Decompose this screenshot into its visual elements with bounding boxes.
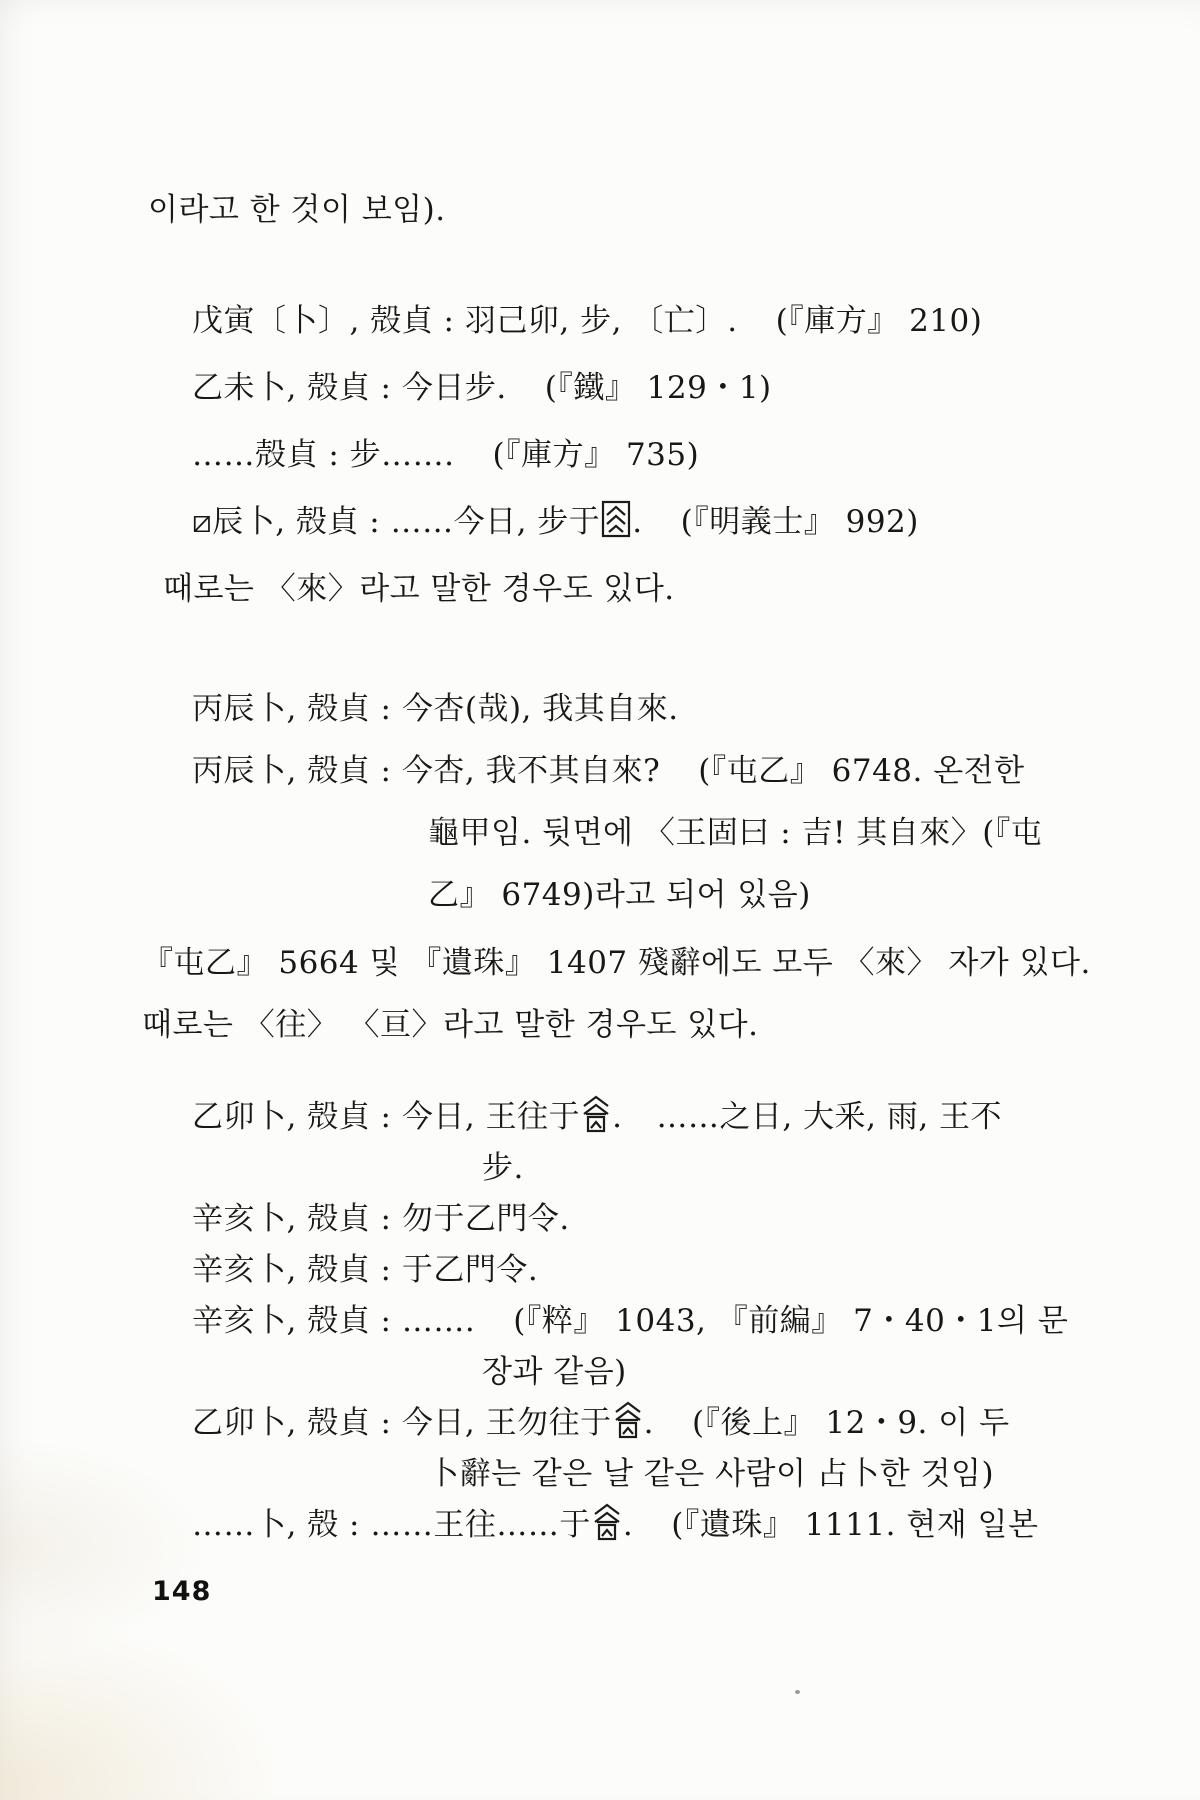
citation: (『鐵』 129・1) xyxy=(545,370,772,406)
text-run: . xyxy=(644,1405,654,1441)
text-line: 戊寅〔卜〕, 殻貞 : 羽己卯, 步, 〔亡〕𡴘.(『庫方』 210) xyxy=(192,288,1090,355)
text-run: . xyxy=(612,1099,622,1135)
citation: (『庫方』 210) xyxy=(776,303,983,339)
paragraph-come: 때로는 〈來〉라고 말한 경우도 있다. xyxy=(163,566,1090,612)
text-run: 乙』 6749)라고 되어 있음) xyxy=(428,877,811,913)
text-run: 辛亥卜, 殻貞 : ……. xyxy=(192,1303,475,1339)
text-run: ……殻貞 : 步……. xyxy=(192,437,455,473)
text-run: 乙卯卜, 殻貞 : 今日, 王往于 xyxy=(192,1099,580,1135)
text-run: 때로는 〈來〉라고 말한 경우도 있다. xyxy=(163,571,675,607)
text-run: 卜辭는 같은 날 같은 사람이 占卜한 것임) xyxy=(428,1456,994,1492)
page-body: 이라고 한 것이 보임).戊寅〔卜〕, 殻貞 : 羽己卯, 步, 〔亡〕𡴘.(『… xyxy=(140,188,1090,1551)
citation: (『後上』 12・9. 이 두 xyxy=(692,1405,1010,1441)
text-run: . xyxy=(632,504,642,540)
text-line: 乙未卜, 殻貞 : 今日步.(『鐵』 129・1) xyxy=(192,355,1090,422)
text-run: ……卜, 殻 : ……王往……于 xyxy=(192,1507,591,1543)
text-line: 乙』 6749)라고 되어 있음) xyxy=(428,864,1090,926)
text-line: 乙卯卜, 殻貞 : 今日, 王勿往于.(『後上』 12・9. 이 두 xyxy=(192,1398,1090,1449)
text-line: 丙辰卜, 殻貞 : 今杏, 我不其自來?(『屯乙』 6748. 온전한 xyxy=(192,740,1090,802)
text-line: 乙卯卜, 殻貞 : 今日, 王往于.……之日, 大釆, 雨, 王不 xyxy=(192,1092,1090,1143)
text-run: 戊寅〔卜〕, 殻貞 : 羽己卯, 步, 〔亡〕𡴘. xyxy=(192,303,738,339)
text-line: 때로는 〈來〉라고 말한 경우도 있다. xyxy=(163,566,1090,612)
text-line: 龜甲임. 뒷면에 〈王固曰 : 吉! 其自來〉(『屯 xyxy=(428,802,1090,864)
text-line: 때로는 〈往〉 〈亘〉라고 말한 경우도 있다. xyxy=(142,994,1090,1056)
text-run: 龜甲임. 뒷면에 〈王固曰 : 吉! 其自來〉(『屯 xyxy=(428,815,1042,851)
oracle-quotes-come: 丙辰卜, 殻貞 : 今杏(哉), 我其自來.丙辰卜, 殻貞 : 今杏, 我不其自… xyxy=(192,678,1090,926)
citation: (『粹』 1043, 『前編』 7・40・1의 문 xyxy=(513,1303,1068,1339)
text-line: 장과 같음) xyxy=(482,1347,1090,1398)
text-run: 이라고 한 것이 보임). xyxy=(148,192,446,228)
text-run: 丙辰卜, 殻貞 : 今杏, 我不其自來? xyxy=(192,753,660,789)
text-run: 步. xyxy=(482,1150,524,1186)
text-run: 辛亥卜, 殻貞 : 于乙門令. xyxy=(192,1252,538,1288)
text-line: 『屯乙』 5664 및 『遺珠』 1407 殘辭에도 모두 〈來〉 자가 있다. xyxy=(142,932,1090,994)
oracle-glyph-stacked-chevrons xyxy=(580,1095,612,1133)
oracle-glyph-boxed-chevrons xyxy=(600,500,632,538)
text-run: 乙卯卜, 殻貞 : 今日, 王勿往于 xyxy=(192,1405,612,1441)
text-run: 때로는 〈往〉 〈亘〉라고 말한 경우도 있다. xyxy=(142,1007,758,1043)
text-line: ……殻貞 : 步…….(『庫方』 735) xyxy=(192,422,1090,489)
paragraph-go: 『屯乙』 5664 및 『遺珠』 1407 殘辭에도 모두 〈來〉 자가 있다.… xyxy=(142,932,1090,1056)
oracle-glyph-stacked-chevrons xyxy=(612,1401,644,1439)
text-run: 辛亥卜, 殻貞 : 勿于乙門令. xyxy=(192,1201,570,1237)
text-line: 卜辭는 같은 날 같은 사람이 占卜한 것임) xyxy=(428,1449,1090,1500)
citation: (『遺珠』 1111. 현재 일본 xyxy=(671,1507,1038,1543)
text-line: 이라고 한 것이 보임). xyxy=(148,188,1090,232)
text-run: 『屯乙』 5664 및 『遺珠』 1407 殘辭에도 모두 〈來〉 자가 있다. xyxy=(142,945,1091,981)
book-page: 이라고 한 것이 보임).戊寅〔卜〕, 殻貞 : 羽己卯, 步, 〔亡〕𡴘.(『… xyxy=(0,0,1200,1800)
text-run: 丙辰卜, 殻貞 : 今杏(哉), 我其自來. xyxy=(192,691,679,727)
oracle-quotes-step: 戊寅〔卜〕, 殻貞 : 羽己卯, 步, 〔亡〕𡴘.(『庫方』 210)乙未卜, … xyxy=(192,288,1090,556)
text-line: 丙辰卜, 殻貞 : 今杏(哉), 我其自來. xyxy=(192,678,1090,740)
text-line: ……卜, 殻 : ……王往……于.(『遺珠』 1111. 현재 일본 xyxy=(192,1500,1090,1551)
intro-paragraph: 이라고 한 것이 보임). xyxy=(148,188,1090,232)
text-line: 步. xyxy=(482,1143,1090,1194)
text-line: 辛亥卜, 殻貞 : 勿于乙門令. xyxy=(192,1194,1090,1245)
text-line: 辛亥卜, 殻貞 : …….(『粹』 1043, 『前編』 7・40・1의 문 xyxy=(192,1296,1090,1347)
text-run: 장과 같음) xyxy=(482,1354,627,1390)
scan-artifact-dot xyxy=(795,1690,800,1694)
text-line: ⧄辰卜, 殻貞 : ……今日, 步于.(『明義士』 992) xyxy=(192,489,1090,556)
citation: (『庫方』 735) xyxy=(493,437,700,473)
oracle-glyph-stacked-chevrons xyxy=(591,1503,623,1541)
citation: (『屯乙』 6748. 온전한 xyxy=(698,753,1024,789)
text-run: 乙未卜, 殻貞 : 今日步. xyxy=(192,370,507,406)
text-run: ⧄辰卜, 殻貞 : ……今日, 步于 xyxy=(192,504,600,540)
text-line: 辛亥卜, 殻貞 : 于乙門令. xyxy=(192,1245,1090,1296)
text-run: . xyxy=(623,1507,633,1543)
citation: (『明義士』 992) xyxy=(681,504,919,540)
text-run: ……之日, 大釆, 雨, 王不 xyxy=(656,1099,1002,1135)
page-number: 148 xyxy=(152,1576,211,1607)
oracle-quotes-go: 乙卯卜, 殻貞 : 今日, 王往于.……之日, 大釆, 雨, 王不步.辛亥卜, … xyxy=(192,1092,1090,1551)
